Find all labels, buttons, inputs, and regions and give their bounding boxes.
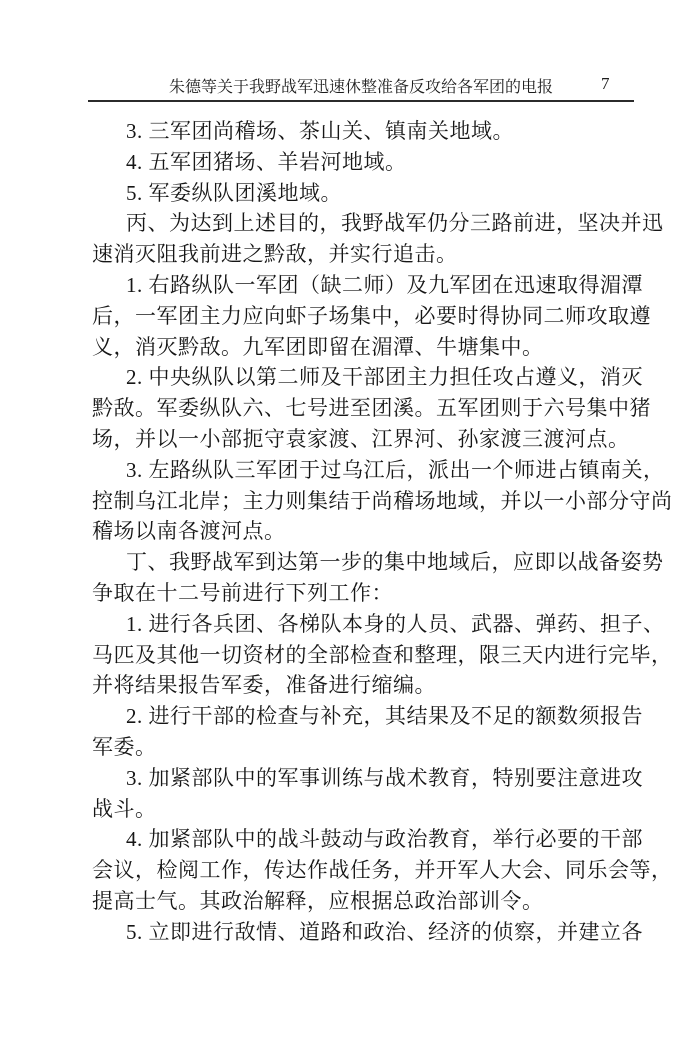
text-line: 并将结果报告军委，准备进行缩编。	[92, 670, 667, 701]
text-line: 控制乌江北岸；主力则集结于尚稽场地域，并以一小部分守尚	[92, 486, 667, 517]
text-line: 马匹及其他一切资材的全部检查和整理，限三天内进行完毕，	[92, 640, 667, 671]
document-body: 3. 三军团尚稽场、茶山关、镇南关地域。4. 五军团猪场、羊岩河地域。5. 军委…	[92, 116, 667, 948]
text-line: 速消灭阻我前进之黔敌，并实行追击。	[92, 239, 667, 270]
text-line: 提高士气。其政治解释，应根据总政治部训令。	[92, 886, 667, 917]
text-line: 军委。	[92, 732, 667, 763]
text-line: 4. 五军团猪场、羊岩河地域。	[92, 147, 667, 178]
text-line: 3. 左路纵队三军团于过乌江后，派出一个师进占镇南关，	[92, 455, 667, 486]
text-line: 1. 进行各兵团、各梯队本身的人员、武器、弹药、担子、	[92, 609, 667, 640]
page-header: 朱德等关于我野战军迅速休整准备反攻给各军团的电报 7	[92, 74, 660, 98]
text-line: 后，一军团主力应向虾子场集中，必要时得协同二师攻取遵	[92, 301, 667, 332]
text-line: 4. 加紧部队中的战斗鼓动与政治教育，举行必要的干部	[92, 824, 667, 855]
header-rule	[88, 100, 634, 102]
text-line: 3. 三军团尚稽场、茶山关、镇南关地域。	[92, 116, 667, 147]
text-line: 3. 加紧部队中的军事训练与战术教育，特别要注意进攻	[92, 763, 667, 794]
text-line: 场，并以一小部扼守袁家渡、江界河、孙家渡三渡河点。	[92, 424, 667, 455]
text-line: 丁、我野战军到达第一步的集中地域后，应即以战备姿势	[92, 547, 667, 578]
text-line: 丙、为达到上述目的，我野战军仍分三路前进，坚决并迅	[92, 208, 667, 239]
text-line: 会议，检阅工作，传达作战任务，并开军人大会、同乐会等，	[92, 855, 667, 886]
text-line: 5. 立即进行敌情、道路和政治、经济的侦察，并建立各	[92, 917, 667, 948]
book-page: 朱德等关于我野战军迅速休整准备反攻给各军团的电报 7 3. 三军团尚稽场、茶山关…	[0, 0, 700, 1042]
text-line: 5. 军委纵队团溪地域。	[92, 178, 667, 209]
running-header-title: 朱德等关于我野战军迅速休整准备反攻给各军团的电报	[169, 74, 553, 97]
text-line: 争取在十二号前进行下列工作：	[92, 578, 667, 609]
text-line: 2. 进行干部的检查与补充，其结果及不足的额数须报告	[92, 701, 667, 732]
text-line: 黔敌。军委纵队六、七号进至团溪。五军团则于六号集中猪	[92, 393, 667, 424]
text-line: 2. 中央纵队以第二师及干部团主力担任攻占遵义，消灭	[92, 362, 667, 393]
text-line: 稽场以南各渡河点。	[92, 516, 667, 547]
text-line: 战斗。	[92, 794, 667, 825]
page-number: 7	[601, 74, 610, 94]
text-line: 1. 右路纵队一军团（缺二师）及九军团在迅速取得湄潭	[92, 270, 667, 301]
text-line: 义，消灭黔敌。九军团即留在湄潭、牛塘集中。	[92, 332, 667, 363]
